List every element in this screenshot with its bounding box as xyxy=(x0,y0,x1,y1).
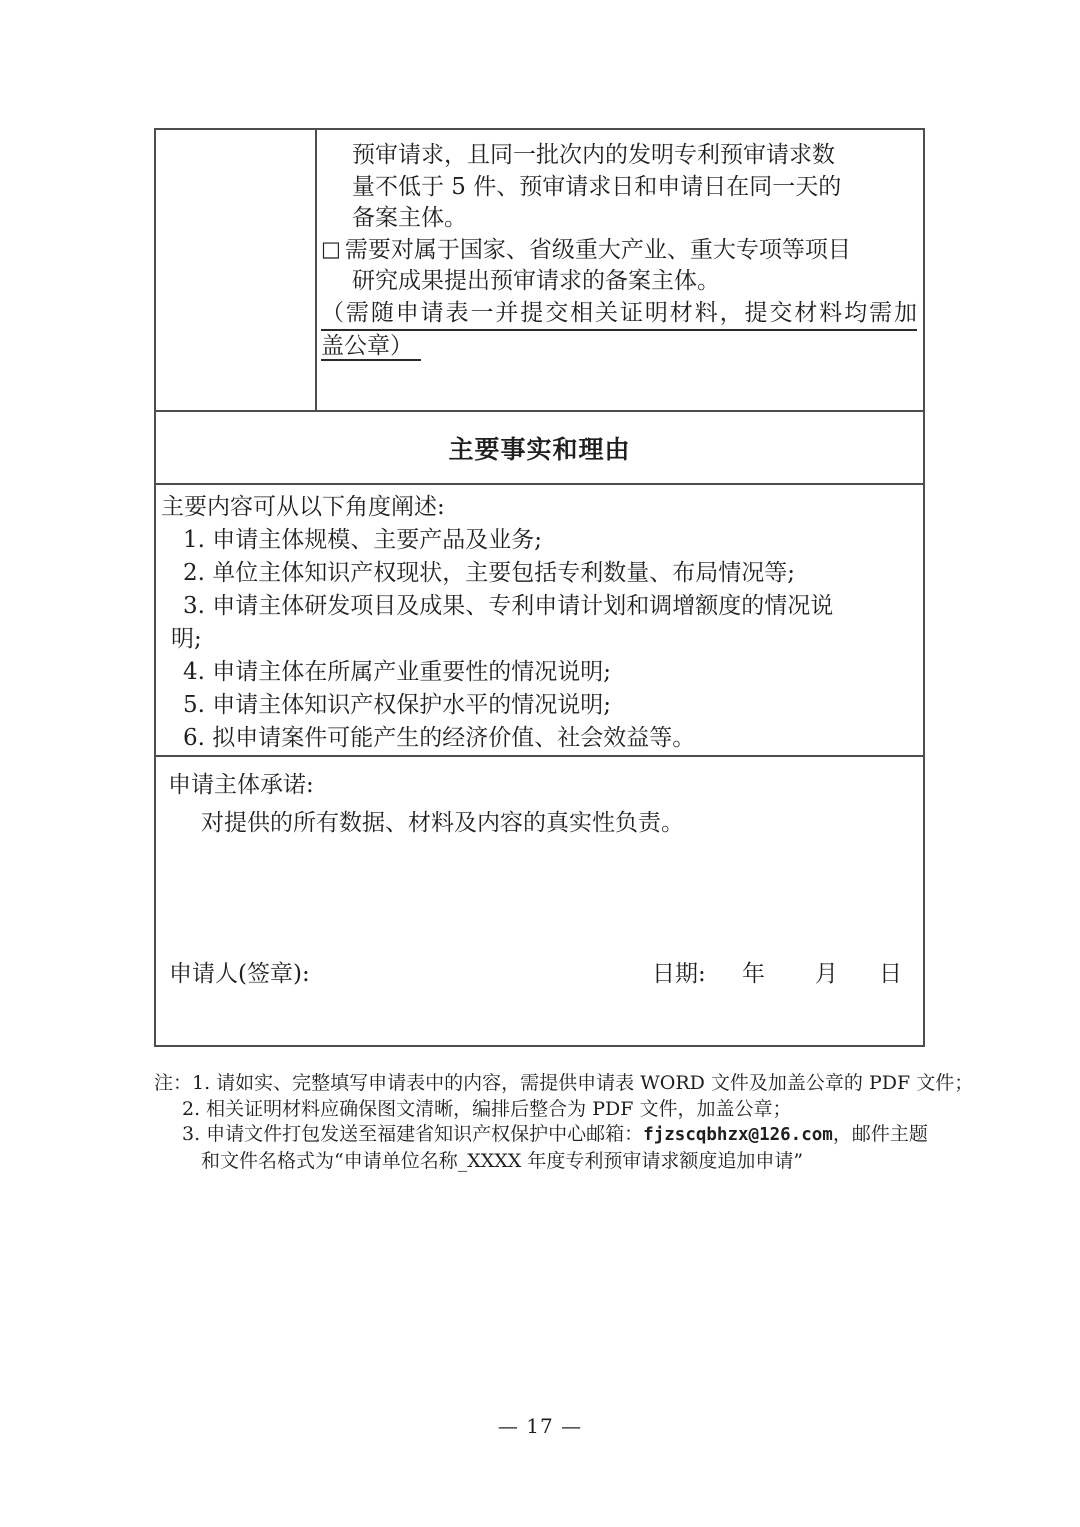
reason-item-5: 5. 申请主体知识产权保护水平的情况说明; xyxy=(161,689,915,722)
eligibility-label-cell-empty xyxy=(156,130,317,410)
reasons-intro: 主要内容可从以下角度阐述: xyxy=(161,491,915,524)
note-3-suffix: ，邮件主题 xyxy=(833,1123,928,1145)
reason-item-3-wrap: 明; xyxy=(161,623,915,656)
reasons-cell: 主要内容可从以下角度阐述: 1. 申请主体规模、主要产品及业务; 2. 单位主体… xyxy=(156,485,923,757)
note-item-2: 2. 相关证明材料应确保图文清晰，编排后整合为 PDF 文件，加盖公章； xyxy=(154,1097,994,1123)
reason-item-4: 4. 申请主体在所属产业重要性的情况说明; xyxy=(161,656,915,689)
eligibility-content-cell: 预审请求，且同一批次内的发明专利预审请求数 量不低于 5 件、预审请求日和申请日… xyxy=(317,130,923,410)
note-prefix: 注： xyxy=(154,1072,192,1094)
applicant-signature-label: 申请人(签章): xyxy=(169,955,310,988)
note-item-3-continuation: 和文件名格式为“申请单位名称_XXXX 年度专利预审请求额度追加申请” xyxy=(154,1149,994,1175)
attachment-requirement-line: （需随申请表一并提交相关证明材料，提交材料均需加 xyxy=(321,298,917,332)
commitment-title: 申请主体承诺: xyxy=(168,767,923,803)
eligibility-line: 备案主体。 xyxy=(321,203,917,235)
checkbox-unchecked-icon[interactable]: □ xyxy=(321,237,341,261)
commitment-cell: 申请主体承诺: 对提供的所有数据、材料及内容的真实性负责。 申请人(签章): 日… xyxy=(156,757,923,1045)
date-label: 日期: xyxy=(652,955,706,988)
signature-row: 申请人(签章): 日期: 年 月 日 xyxy=(156,955,923,989)
application-form-table: 预审请求，且同一批次内的发明专利预审请求数 量不低于 5 件、预审请求日和申请日… xyxy=(154,128,925,1047)
contact-email: fjzscqbhzx@126.com xyxy=(643,1125,833,1145)
day-label: 日 xyxy=(879,955,902,988)
commitment-statement: 对提供的所有数据、材料及内容的真实性负责。 xyxy=(168,803,923,843)
page-number: — 17 — xyxy=(0,1414,1080,1438)
section-title: 主要事实和理由 xyxy=(448,430,630,466)
reason-item-3: 3. 申请主体研发项目及成果、专利申请计划和调增额度的情况说 xyxy=(161,590,915,623)
reason-item-1: 1. 申请主体规模、主要产品及业务; xyxy=(161,524,915,557)
reason-item-2: 2. 单位主体知识产权现状，主要包括专利数量、布局情况等; xyxy=(161,557,915,590)
notes-block: 注：1. 请如实、完整填写申请表中的内容，需提供申请表 WORD 文件及加盖公章… xyxy=(154,1071,994,1174)
document-page: 预审请求，且同一批次内的发明专利预审请求数 量不低于 5 件、预审请求日和申请日… xyxy=(0,0,1080,1527)
eligibility-line: 研究成果提出预审请求的备案主体。 xyxy=(321,266,917,298)
reason-item-6: 6. 拟申请案件可能产生的经济价值、社会效益等。 xyxy=(161,722,915,755)
month-label: 月 xyxy=(815,955,838,988)
attachment-requirement-line-end: 盖公章） xyxy=(321,331,917,363)
note-item-3: 3. 申请文件打包发送至福建省知识产权保护中心邮箱：fjzscqbhzx@126… xyxy=(154,1122,994,1149)
eligibility-checkbox-line: □需要对属于国家、省级重大产业、重大专项等项目 xyxy=(321,235,917,267)
note-1-text: 1. 请如实、完整填写申请表中的内容，需提供申请表 WORD 文件及加盖公章的 … xyxy=(192,1072,973,1094)
eligibility-checkbox-label: 需要对属于国家、省级重大产业、重大专项等项目 xyxy=(345,237,851,263)
note-3-text: 3. 申请文件打包发送至福建省知识产权保护中心邮箱： xyxy=(182,1123,643,1145)
section-header-row: 主要事实和理由 xyxy=(156,412,923,485)
attachment-requirement-text: 盖公章） xyxy=(321,333,421,361)
eligibility-line: 预审请求，且同一批次内的发明专利预审请求数 xyxy=(321,140,917,172)
eligibility-row: 预审请求，且同一批次内的发明专利预审请求数 量不低于 5 件、预审请求日和申请日… xyxy=(156,130,923,412)
eligibility-line: 量不低于 5 件、预审请求日和申请日在同一天的 xyxy=(321,172,917,204)
year-label: 年 xyxy=(742,955,765,988)
note-item-1: 注：1. 请如实、完整填写申请表中的内容，需提供申请表 WORD 文件及加盖公章… xyxy=(154,1071,994,1097)
